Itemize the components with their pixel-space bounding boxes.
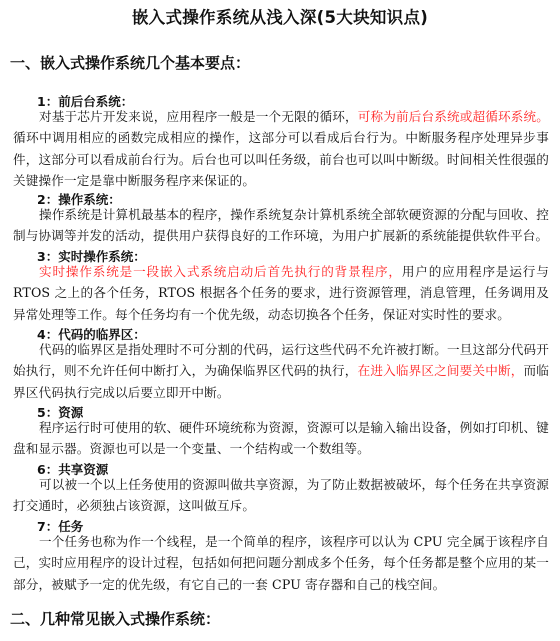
text-run: 操作系统是计算机最基本的程序，操作系统复杂计算机系统全部软硬资源的分配与回收、控… bbox=[13, 207, 549, 243]
text-run: 循环中调用相应的函数完成相应的操作，这部分可以看成后台行为。中断服务程序处理异步… bbox=[13, 130, 549, 188]
text-run: 可以被一个以上任务使用的资源叫做共享资源，为了防止数据被破坏，每个任务在共享资源… bbox=[13, 477, 549, 513]
paragraph: 操作系统是计算机最基本的程序，操作系统复杂计算机系统全部软硬资源的分配与回收、控… bbox=[13, 204, 549, 247]
text-run: 对基于芯片开发来说，应用程序一般是一个无限的循环， bbox=[39, 109, 358, 124]
paragraph: 实时操作系统是一段嵌入式系统启动后首先执行的背景程序，用户的应用程序是运行与 R… bbox=[13, 261, 549, 325]
paragraph: 代码的临界区是指处理时不可分割的代码，运行这些代码不允许被打断。一旦这部分代码开… bbox=[13, 339, 549, 403]
document-title: 嵌入式操作系统从浅入深(5大块知识点) bbox=[0, 4, 560, 28]
text-run: 程序运行时可使用的软、硬件环境统称为资源，资源可以是输入输出设备，例如打印机、键… bbox=[13, 420, 549, 456]
highlight-text: 实时操作系统是一段嵌入式系统启动后首先执行的背景程序， bbox=[39, 264, 402, 279]
highlight-text: 在进入临界区之间要关中断， bbox=[358, 363, 524, 378]
text-run: 一个任务也称为作一个线程，是一个简单的程序，该程序可以认为 CPU 完全属于该程… bbox=[13, 534, 549, 592]
paragraph: 程序运行时可使用的软、硬件环境统称为资源，资源可以是输入输出设备，例如打印机、键… bbox=[13, 417, 549, 460]
section-heading: 二、几种常见嵌入式操作系统： bbox=[10, 608, 220, 629]
section-heading: 一、嵌入式操作系统几个基本要点： bbox=[10, 52, 250, 73]
paragraph: 对基于芯片开发来说，应用程序一般是一个无限的循环，可称为前后台系统或超循环系统。… bbox=[13, 106, 549, 191]
paragraph: 一个任务也称为作一个线程，是一个简单的程序，该程序可以认为 CPU 完全属于该程… bbox=[13, 531, 549, 595]
paragraph: 可以被一个以上任务使用的资源叫做共享资源，为了防止数据被破坏，每个任务在共享资源… bbox=[13, 474, 549, 517]
highlight-text: 可称为前后台系统或超循环系统。 bbox=[358, 109, 549, 124]
